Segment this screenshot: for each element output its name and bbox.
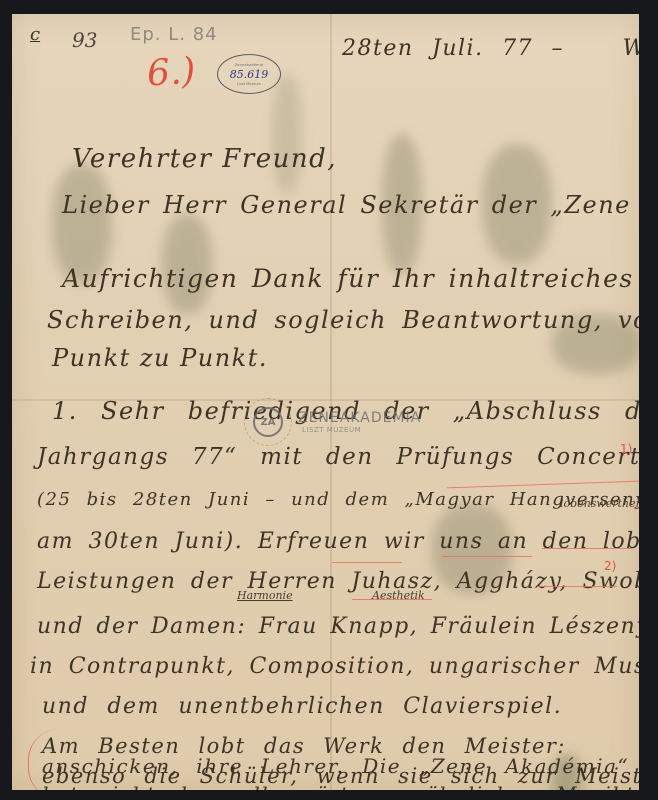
letter-line: anschicken, ihre Lehrer. Die „Zene Akadé… (42, 754, 629, 778)
red-underline (442, 556, 532, 557)
letter-line: Leistungen der Herren Juhasz, Aggházy, S… (37, 569, 639, 594)
red-underline (542, 548, 632, 549)
red-footnote-marker: 1) (620, 442, 632, 456)
letter-line: und der Damen: Frau Knapp, Fräulein Lész… (37, 614, 639, 639)
letter-line: Punkt zu Punkt. (52, 344, 268, 372)
watermark-title: ZENEAKADÉMIA (298, 410, 421, 426)
laurel-wreath-icon: ZA (244, 398, 292, 446)
letter-line: (25 bis 28ten Juni – und dem „Magyar Han… (37, 489, 639, 510)
letter-date: 28ten Juli. 77 – (342, 36, 564, 61)
red-pencil-number: 6.) (146, 50, 197, 94)
interlinear-insert: Harmonie (237, 589, 293, 602)
harp-logo-icon: ZA (253, 407, 283, 437)
red-underline (352, 599, 432, 600)
letter-line: Jahrgangs 77“ mit den Prüfungs Concerten (37, 444, 639, 470)
archive-corner-mark: c (30, 24, 40, 45)
red-footnote-marker: 2) (604, 559, 616, 573)
watermark-subtitle: LISZT MÚZEUM (302, 426, 421, 434)
red-underline (447, 481, 639, 489)
letter-dateline: 28ten Juli. 77 – Weimar. (342, 36, 639, 61)
catalog-mark: Ep. L. 84 (130, 24, 218, 45)
interlinear-insert: lobenswerthen (560, 497, 639, 510)
letter-line: am 30ten Juni). Erfreuen wir uns an den … (37, 529, 639, 554)
stamp-top-text: Zeneakadémia (235, 63, 263, 67)
letter-line: Schreiben, und sogleich Beantwortung, vo… (47, 306, 639, 334)
letter-place: Weimar. (623, 36, 639, 61)
red-underline (537, 586, 617, 587)
letter-line: Aufrichtigen Dank für Ihr inhaltreiches (62, 264, 634, 293)
document-scan-viewer: c 93 Ep. L. 84 6.) Zeneakadémia 85.619 L… (0, 0, 658, 800)
red-underline (332, 562, 402, 563)
stamp-bottom-text: Liszt Múzeum (237, 82, 261, 86)
salutation-line: Verehrter Freund, (72, 144, 337, 174)
salutation-line: Lieber Herr General Sekretär der „Zene A… (62, 191, 639, 219)
interlinear-insert: Aesthetik (372, 589, 425, 602)
zeneakademia-watermark: ZA ZENEAKADÉMIA LISZT MÚZEUM (244, 398, 421, 446)
museum-stamp: Zeneakadémia 85.619 Liszt Múzeum (217, 54, 281, 94)
water-stain (272, 74, 302, 194)
red-margin-bracket (28, 729, 59, 790)
letter-line: hat nicht dem allenwärts gewöhnlichen Mu… (42, 782, 639, 790)
archive-number-mark: 93 (72, 28, 97, 52)
letter-line: in Contrapunkt, Composition, ungarischer… (30, 654, 639, 679)
letter-page: c 93 Ep. L. 84 6.) Zeneakadémia 85.619 L… (12, 14, 639, 790)
letter-line: und dem unentbehrlichen Clavierspiel. (42, 694, 562, 719)
stamp-inventory-number: 85.619 (230, 68, 269, 81)
